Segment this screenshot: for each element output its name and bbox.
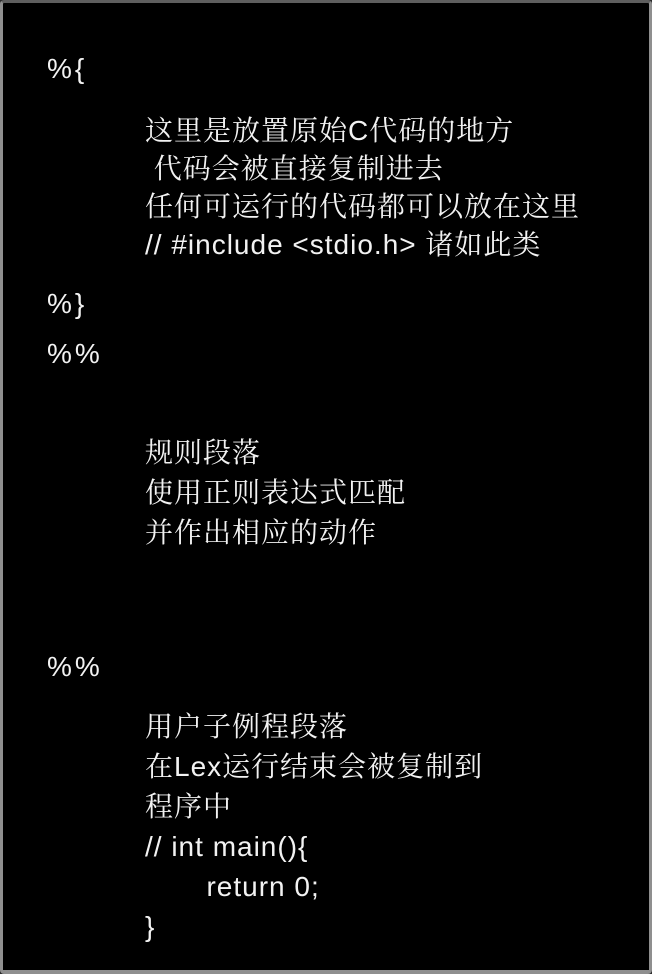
definitions-close-marker: %}	[47, 285, 649, 323]
rules-comment-block: 规则段落使用正则表达式匹配并作出相应的动作	[145, 433, 649, 553]
code-line: 程序中	[145, 787, 649, 827]
code-line: // #include <stdio.h> 诸如此类	[145, 226, 649, 264]
user-code-comment-block: 用户子例程段落在Lex运行结束会被复制到程序中// int main(){ re…	[145, 707, 649, 947]
user-code-separator-marker: %%	[47, 648, 649, 686]
code-line: // int main(){	[145, 827, 649, 867]
code-line: }	[145, 907, 649, 947]
lex-file-structure-slide: %{ 这里是放置原始C代码的地方 代码会被直接复制进去任何可运行的代码都可以放在…	[0, 0, 652, 974]
code-line: 使用正则表达式匹配	[145, 473, 649, 513]
definitions-comment-block: 这里是放置原始C代码的地方 代码会被直接复制进去任何可运行的代码都可以放在这里/…	[145, 112, 649, 264]
code-line: 任何可运行的代码都可以放在这里	[145, 188, 649, 226]
code-line: 这里是放置原始C代码的地方	[145, 112, 649, 150]
code-line: 在Lex运行结束会被复制到	[145, 747, 649, 787]
code-line: 并作出相应的动作	[145, 513, 649, 553]
code-line: return 0;	[145, 867, 649, 907]
code-line: 规则段落	[145, 433, 649, 473]
code-line: 代码会被直接复制进去	[145, 150, 649, 188]
definitions-open-marker: %{	[47, 50, 649, 88]
rules-separator-marker: %%	[47, 335, 649, 373]
code-line: 用户子例程段落	[145, 707, 649, 747]
